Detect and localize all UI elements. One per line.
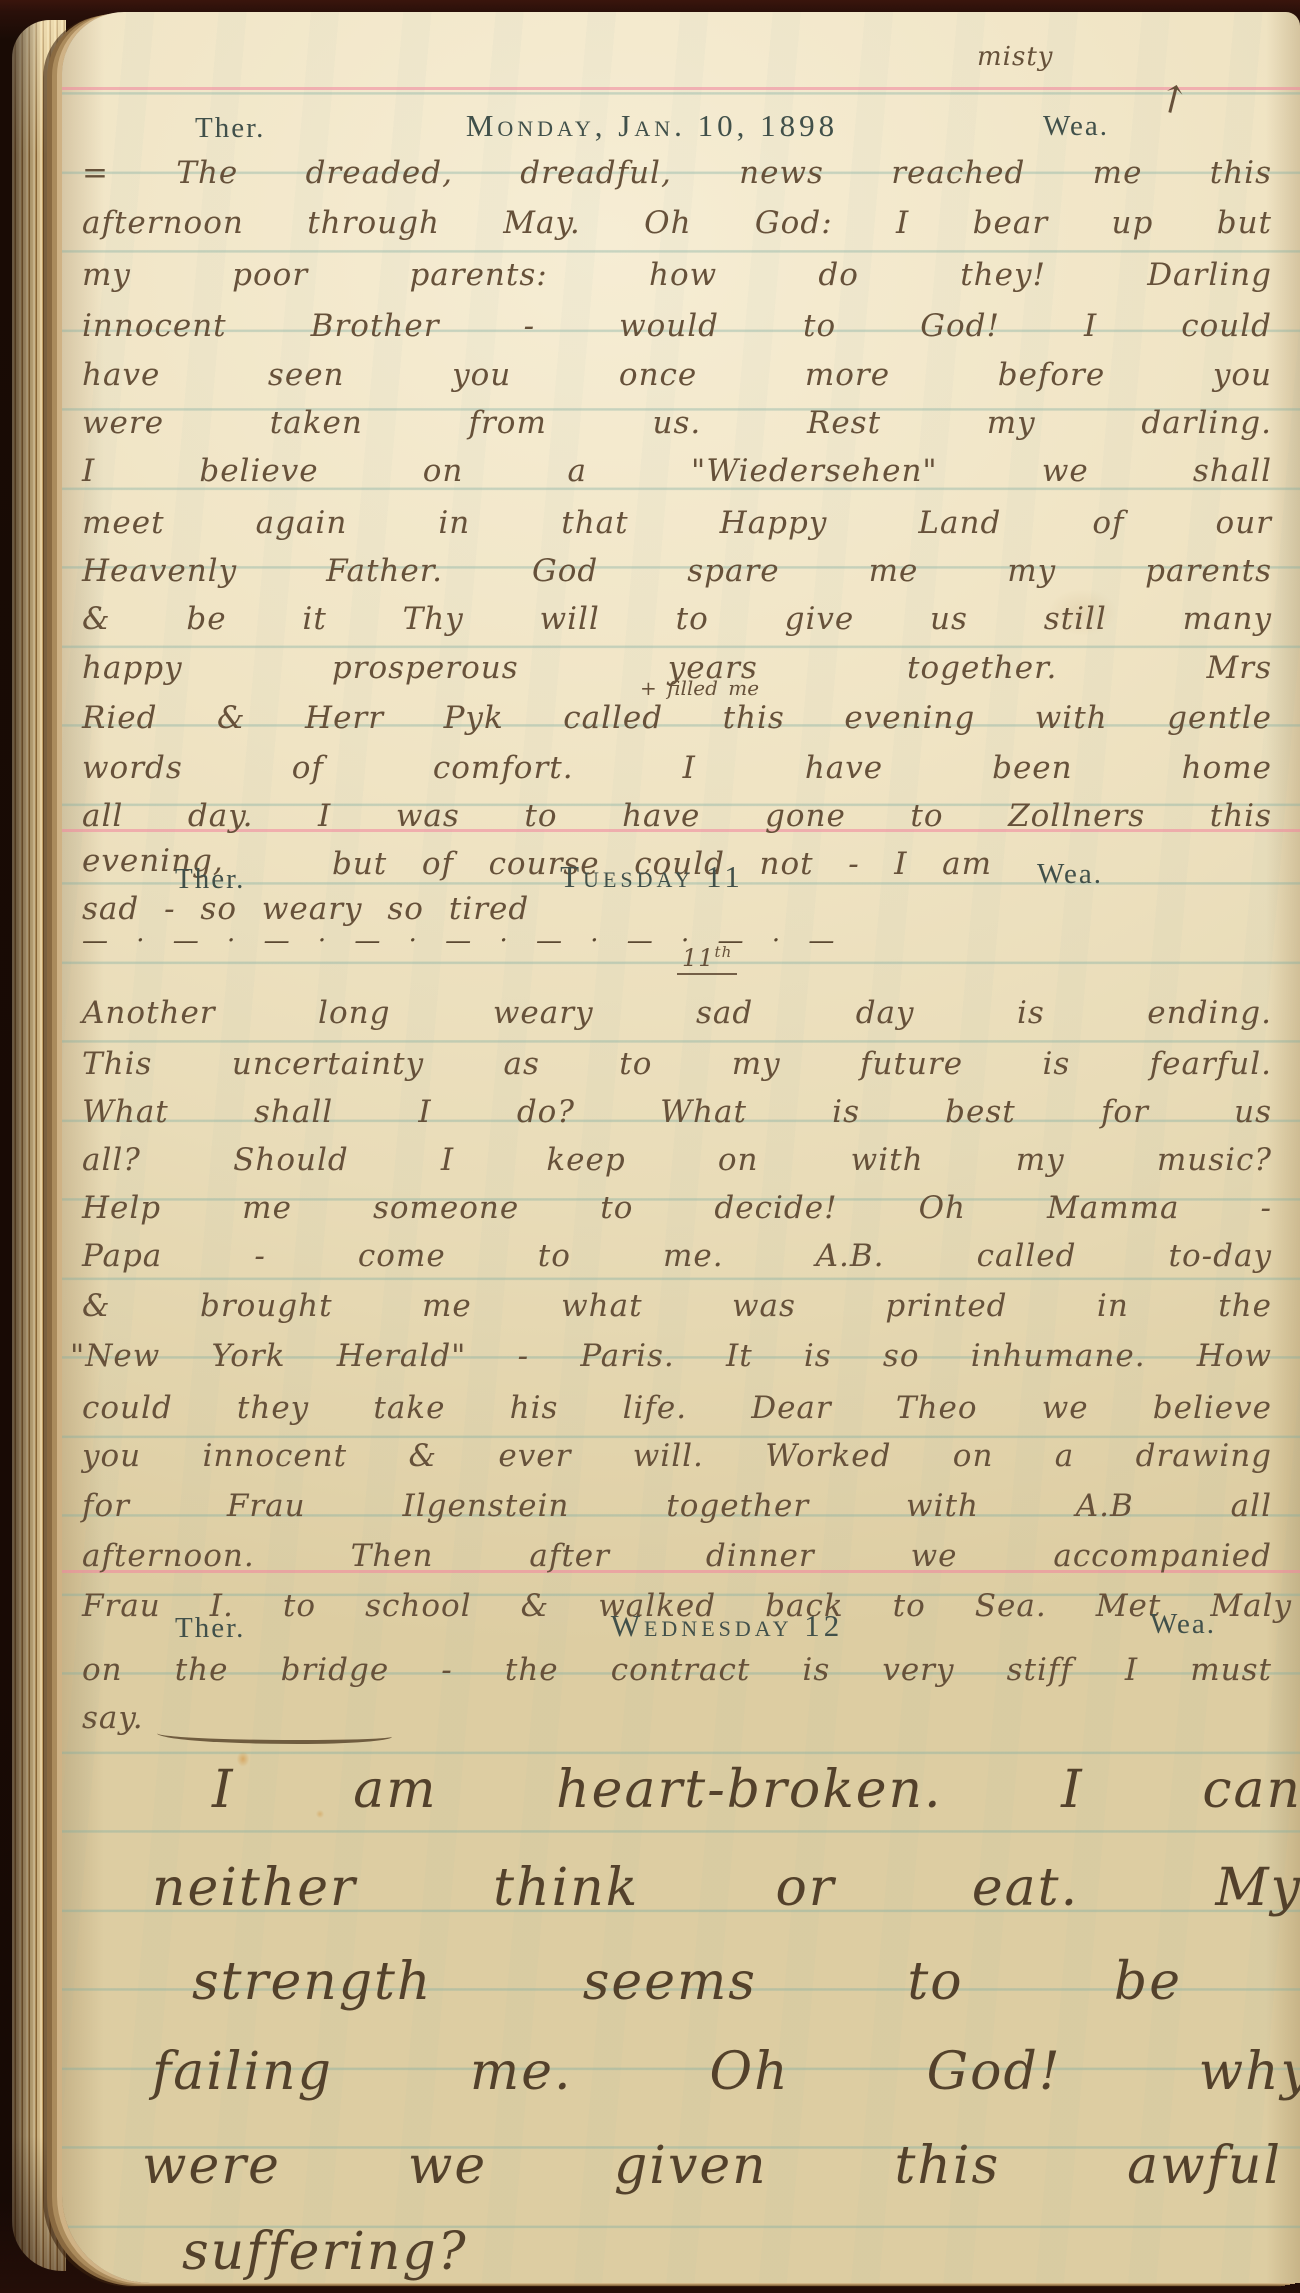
diary-line: suffering? (182, 2222, 468, 2282)
diary-line: my poor parents: how do they! Darling (82, 257, 1272, 293)
diary-line: "New York Herald" - Paris. It is so inhu… (70, 1338, 1272, 1374)
diary-line: afternoon. Then after dinner we accompan… (82, 1538, 1272, 1574)
diary-line: could they take his life. Dear Theo we b… (82, 1390, 1272, 1426)
insertion-arrow-icon: ↑ (1152, 75, 1195, 126)
pen-flourish (157, 1726, 392, 1744)
diary-line: were taken from us. Rest my darling. (82, 405, 1272, 441)
ther-label: Ther. (195, 112, 265, 145)
diary-line: meet again in that Happy Land of our (82, 505, 1272, 541)
date-note: 11th (677, 943, 737, 975)
diary-line: This uncertainty as to my future is fear… (82, 1046, 1272, 1082)
diary-page: Ther. Monday, Jan. 10, 1898 Wea. misty ↑… (62, 12, 1300, 2283)
wea-label: Wea. (1043, 110, 1109, 143)
pink-rule (62, 87, 1300, 90)
wea-label: Wea. (1037, 858, 1103, 891)
diary-line: have seen you once more before you (82, 357, 1272, 393)
interline-insertion: + filled me (640, 676, 759, 700)
diary-line: you innocent & ever will. Worked on a dr… (82, 1438, 1272, 1474)
diary-line: & brought me what was printed in the (82, 1288, 1272, 1324)
page-stack-edge (12, 20, 66, 2271)
diary-line: What shall I do? What is best for us (82, 1094, 1272, 1130)
diary-line: Heavenly Father. God spare me my parents (82, 553, 1272, 589)
diary-line: sad - so weary so tired (82, 891, 529, 927)
diary-line: I believe on a "Wiedersehen" we shall (82, 453, 1272, 489)
weather-note: misty (977, 42, 1053, 72)
diary-line: Ried & Herr Pyk called this evening with… (82, 700, 1272, 736)
date-note-suffix: th (715, 943, 733, 961)
diary-line: Help me someone to decide! Oh Mamma - (82, 1190, 1272, 1226)
diary-line: = The dreaded, dreadful, news reached me… (82, 155, 1272, 191)
diary-line: say. (82, 1700, 144, 1736)
diary-line: were we given this awful (142, 2136, 1282, 2196)
ther-label: Ther. (175, 863, 245, 896)
day-title: Wednesday 12 (532, 1608, 922, 1644)
day-title: Monday, Jan. 10, 1898 (322, 108, 982, 144)
diary-line: strength seems to be (192, 1952, 1182, 2012)
date-note-number: 11 (682, 944, 715, 972)
ther-label: Ther. (175, 1612, 245, 1645)
diary-line: words of comfort. I have been home (82, 750, 1272, 786)
diary-line: Papa - come to me. A.B. called to-day (82, 1238, 1272, 1274)
diary-line: all? Should I keep on with my music? (82, 1142, 1272, 1178)
diary-line: for Frau Ilgenstein together with A.B al… (82, 1488, 1272, 1524)
day-title: Tuesday 11 (522, 859, 782, 895)
diary-line: Another long weary sad day is ending. (82, 995, 1272, 1031)
diary-line: neither think or eat. My (152, 1858, 1300, 1918)
diary-line: I am heart-broken. I can (212, 1760, 1300, 1820)
wea-label: Wea. (1150, 1608, 1216, 1641)
diary-line: afternoon through May. Oh God: I bear up… (82, 205, 1272, 241)
diary-line: on the bridge - the contract is very sti… (82, 1652, 1272, 1688)
diary-line: all day. I was to have gone to Zollners … (82, 798, 1272, 834)
diary-line: & be it Thy will to give us still many (82, 601, 1272, 637)
diary-line: failing me. Oh God! why (152, 2042, 1300, 2102)
diary-line: innocent Brother - would to God! I could (82, 308, 1272, 344)
diary-scan: Ther. Monday, Jan. 10, 1898 Wea. misty ↑… (0, 0, 1300, 2293)
